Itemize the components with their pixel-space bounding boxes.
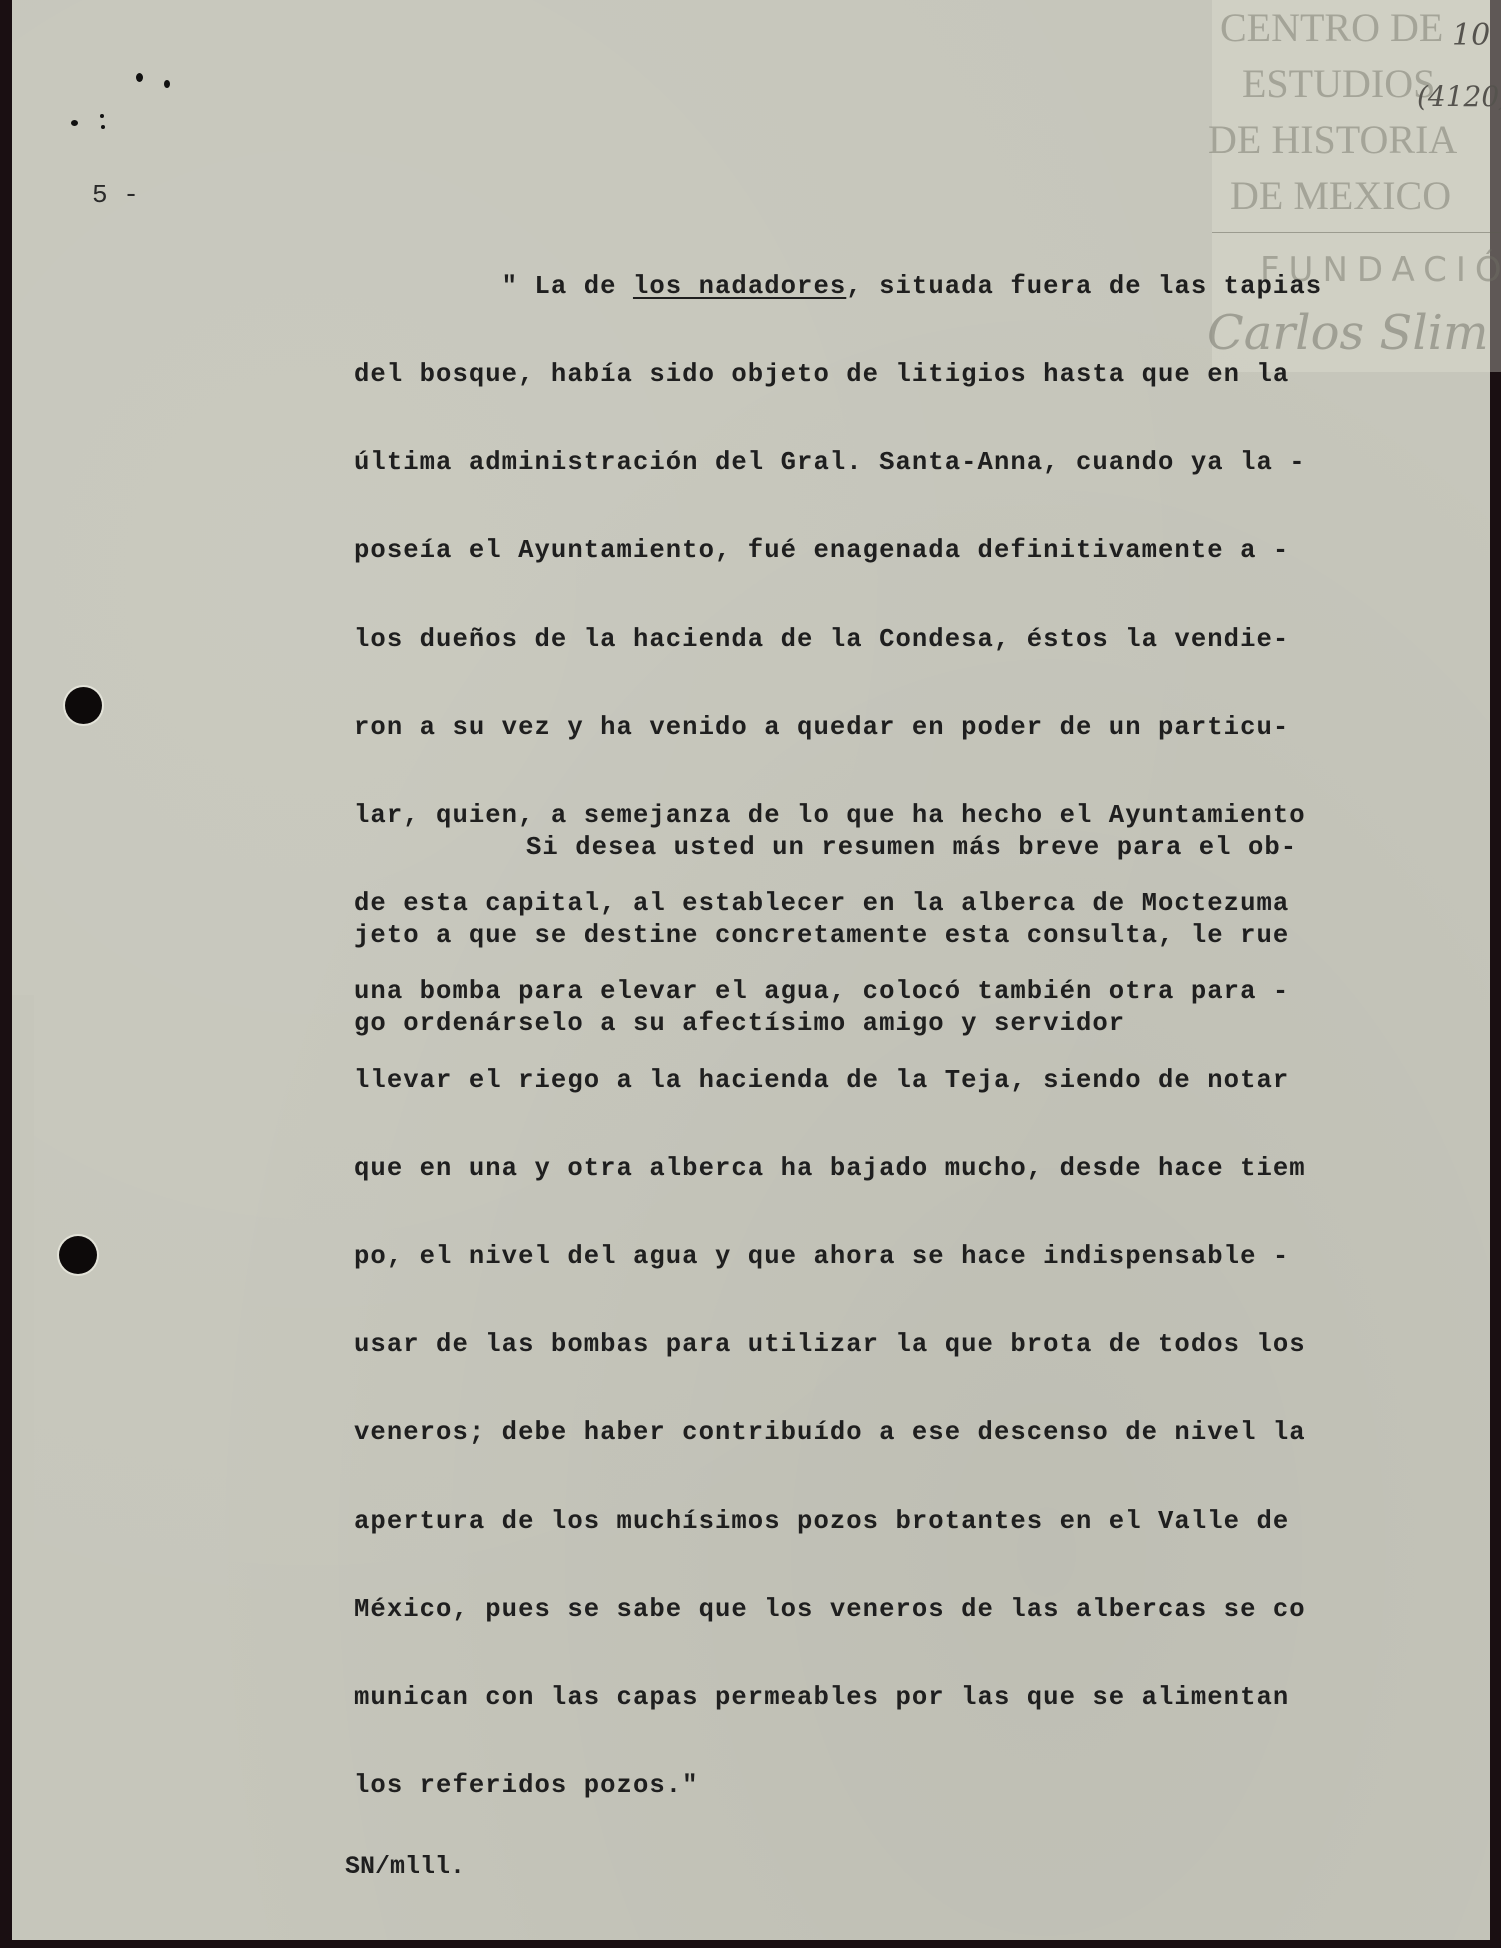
- paper-speck: [136, 73, 143, 82]
- page-number: 5 -: [92, 180, 139, 210]
- punch-hole-upper: [65, 687, 102, 724]
- quote-line: munican con las capas permeables por las…: [354, 1683, 1414, 1712]
- closing-line: jeto a que se destine concretamente esta…: [354, 921, 1414, 950]
- handwritten-reference-number: (4120): [1417, 80, 1501, 113]
- paper-speck: [71, 120, 78, 126]
- quote-line: po, el nivel del agua y que ahora se hac…: [354, 1242, 1414, 1271]
- paper-speck: [101, 125, 105, 129]
- quote-line: usar de las bombas para utilizar la que …: [354, 1330, 1414, 1359]
- quote-line: México, pues se sabe que los veneros de …: [354, 1595, 1414, 1624]
- closing-paragraph: Si desea usted un resumen más breve para…: [354, 774, 1414, 1097]
- page-edge-notch: [12, 995, 34, 1585]
- quote-line: poseía el Ayuntamiento, fué enagenada de…: [354, 536, 1414, 565]
- paper-speck: [164, 80, 170, 88]
- quote-line: veneros; debe haber contribuído a ese de…: [354, 1418, 1414, 1447]
- quote-line: del bosque, había sido objeto de litigio…: [354, 360, 1414, 389]
- quote-line: los dueños de la hacienda de la Condesa,…: [354, 625, 1414, 654]
- quote-line: apertura de los muchísimos pozos brotant…: [354, 1507, 1414, 1536]
- watermark-line-1: CENTRO DE: [1220, 4, 1443, 51]
- typist-reference-initials: SN/mlll.: [345, 1852, 465, 1881]
- watermark-line-3: DE HISTORIA: [1208, 116, 1457, 163]
- document-page: CENTRO DE ESTUDIOS DE HISTORIA DE MEXICO…: [12, 0, 1490, 1940]
- quote-line: los referidos pozos.": [354, 1771, 1414, 1800]
- handwritten-folio-number: 10: [1452, 18, 1490, 53]
- underlined-phrase: los nadadores: [633, 272, 846, 301]
- quote-line-1: " La de los nadadores, situada fuera de …: [354, 272, 1414, 301]
- closing-line: Si desea usted un resumen más breve para…: [354, 833, 1414, 862]
- closing-line: go ordenárselo a su afectísimo amigo y s…: [354, 1009, 1414, 1038]
- quote-line: que en una y otra alberca ha bajado much…: [354, 1154, 1414, 1183]
- quote-line: última administración del Gral. Santa-An…: [354, 448, 1414, 477]
- watermark-line-4: DE MEXICO: [1230, 172, 1451, 219]
- punch-hole-lower: [59, 1236, 97, 1274]
- quote-line: ron a su vez y ha venido a quedar en pod…: [354, 713, 1414, 742]
- paper-speck: [100, 114, 104, 118]
- watermark-line-2: ESTUDIOS: [1242, 60, 1435, 107]
